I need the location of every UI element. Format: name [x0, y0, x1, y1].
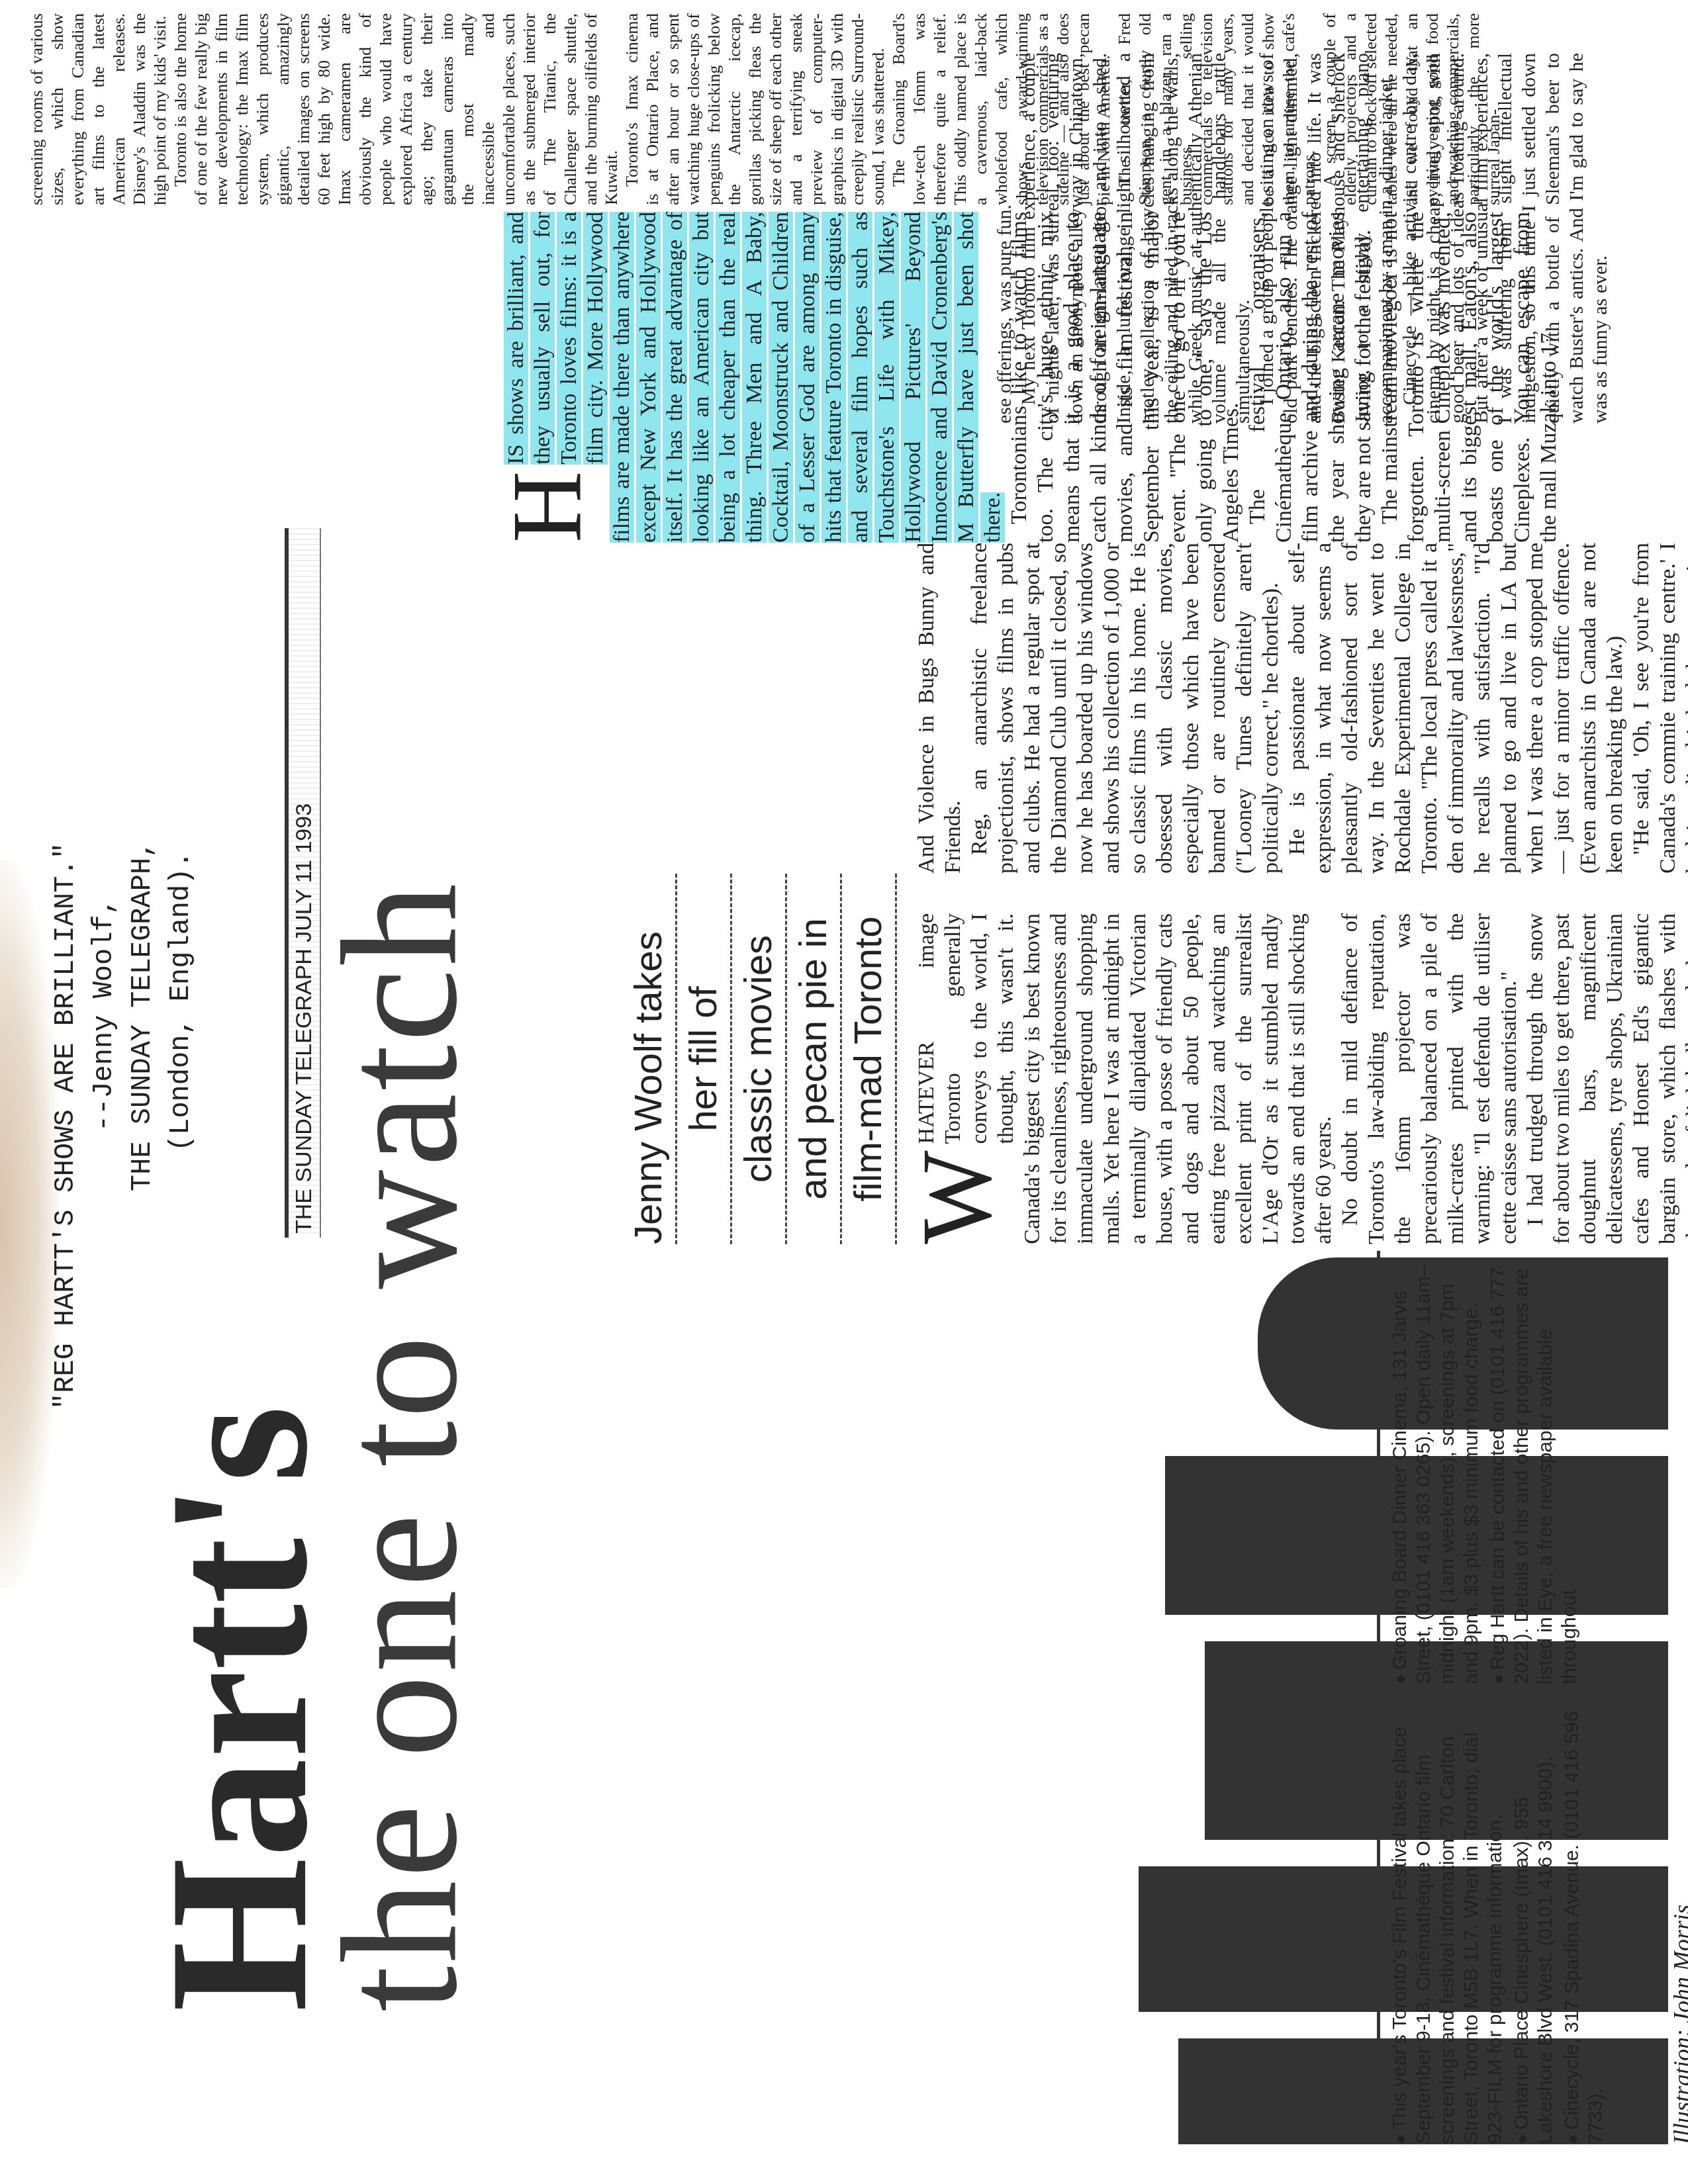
byline: Jenny Woolf takes: [622, 874, 677, 1244]
info-box: ●This year's Toronto's Film Festival tak…: [1377, 1251, 1608, 2144]
bullet-icon: ●: [1512, 2134, 1532, 2144]
paragraph: Reg, an anarchistic freelance projection…: [966, 543, 1284, 874]
paragraph: Toronto is also the home of one of the f…: [170, 13, 622, 205]
pull-quote-line: "REG HARTT'S SHOWS ARE BRILLIANT.": [46, 682, 85, 1410]
paragraph: He is passionate about self-expression, …: [1284, 543, 1628, 874]
standfirst-line: classic movies: [732, 874, 787, 1244]
standfirst-line: her fill of: [677, 874, 732, 1244]
paragraph: "He said, 'Oh, I see you're from Canada'…: [1628, 543, 1688, 874]
paragraph: And Violence in Bugs Bunny and Friends.: [914, 543, 966, 874]
paragraph: ese offerings, was pure fun.: [993, 53, 1017, 424]
paragraph: I had trudged through the snow for about…: [1523, 913, 1688, 1244]
bullet-icon: ●: [1390, 1674, 1410, 1684]
standfirst: Jenny Woolf takes her fill of classic mo…: [622, 874, 897, 1244]
info-item: ●This year's Toronto's Film Festival tak…: [1388, 1711, 1507, 2144]
info-item: ●Ontario Place Cinesphere (Imax), 955 La…: [1510, 1711, 1558, 2144]
headline-line-2: the one to watch: [324, 424, 477, 2012]
paragraph: Toronto's Imax cinema is at Ontario Plac…: [622, 13, 888, 205]
info-item: ●Reg Hartt can be contacted on (0101 416…: [1486, 1251, 1581, 1684]
standfirst-line: film-mad Toronto: [842, 874, 897, 1244]
paragraph: screening rooms of various sizes, which …: [26, 13, 170, 205]
standfirst-line: and pecan pie in: [787, 874, 842, 1244]
drop-cap: H: [507, 471, 586, 543]
article-column-5: ese offerings, was pure fun. My next Tor…: [993, 53, 1613, 424]
paragraph: My next Toronto film experience, a coupl…: [1017, 53, 1255, 424]
info-item: ●Cinecycle, 317 Spadina Avenue. (0101 41…: [1560, 1711, 1608, 2144]
bullet-icon: ●: [1390, 2134, 1410, 2144]
paragraph: Cinecycle — bike activist centre by day,…: [1398, 53, 1613, 424]
paragraph: I joined a group of people sitting on ro…: [1255, 53, 1398, 424]
drop-cap: W: [917, 1150, 997, 1244]
pull-quote-line: --Jenny Woolf,: [85, 682, 123, 1410]
illustration-credit: Illustration: John Morris: [1668, 1905, 1688, 2144]
article-column-1: WHATEVER image Toronto generally conveys…: [914, 913, 1688, 1244]
masthead-dateline: THE SUNDAY TELEGRAPH JULY 11 1993: [285, 528, 321, 1238]
paragraph: No doubt in mild defiance of Toronto's l…: [1337, 913, 1523, 1244]
bullet-icon: ●: [1488, 1674, 1508, 1684]
article-column-2: And Violence in Bugs Bunny and Friends. …: [914, 543, 1688, 874]
newspaper-page: "REG HARTT'S SHOWS ARE BRILLIANT." --Jen…: [0, 0, 1688, 2184]
bullet-icon: ●: [1562, 2134, 1582, 2144]
info-item: ●Groaning Board Dinner Cinema, 131 Jarvi…: [1388, 1251, 1483, 1684]
